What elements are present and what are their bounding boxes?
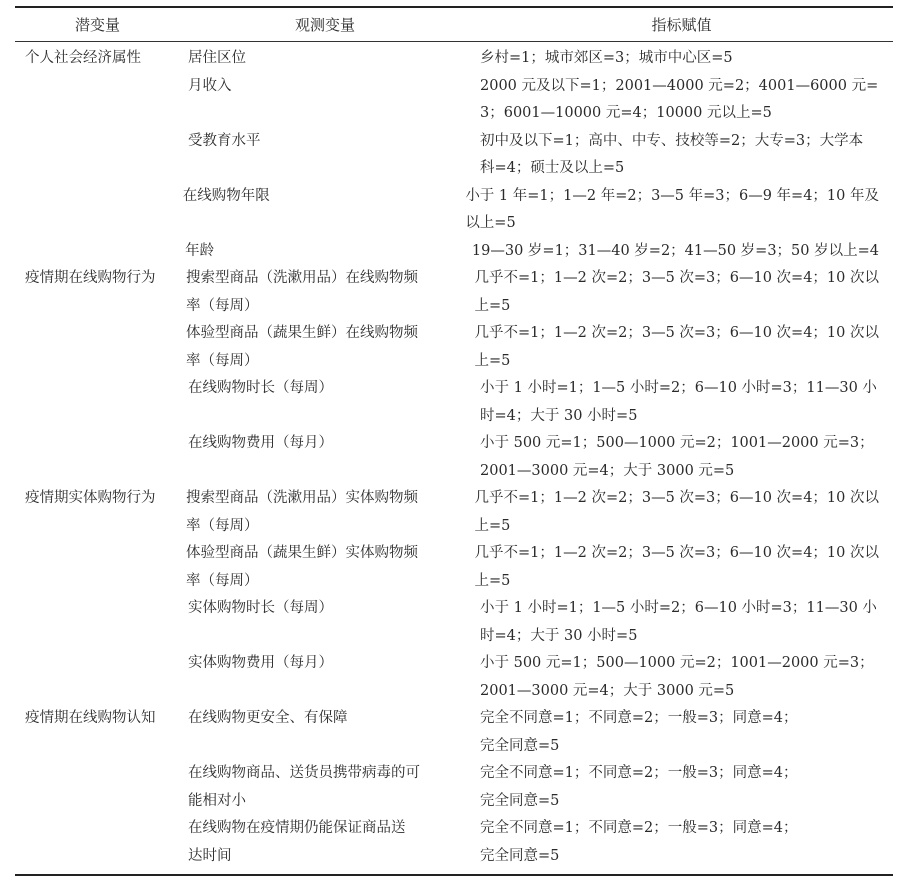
value-line: 初中及以下=1；高中、中专、技校等=2；大专=3；大学本 [480,128,879,156]
latent-variable-cell [15,320,181,375]
observed-line: 在线购物费用（每月） [188,430,473,458]
observed-line: 搜索型商品（洗漱用品）实体购物频 [186,485,467,513]
value-line: 完全同意=5 [480,788,879,816]
observed-line: 实体购物费用（每月） [188,650,473,678]
table-row: 在线购物年限小于 1 年=1；1—2 年=2；3—5 年=3；6—9 年=4；1… [15,183,893,238]
table-row: 实体购物费用（每月）小于 500 元=1；500—1000 元=2；1001—2… [15,650,893,705]
value-line: 时=4；大于 30 小时=5 [480,403,879,431]
observed-variable-cell: 在线购物在疫情期仍能保证商品送达时间 [183,815,473,870]
observed-variable-cell: 年龄 [180,238,465,266]
observed-line: 居住区位 [188,45,473,73]
latent-variable-cell: 疫情期在线购物认知 [15,705,183,760]
observed-variable-cell: 实体购物时长（每周） [183,595,473,650]
value-line: 2001—3000 元=4；大于 3000 元=5 [480,678,879,706]
observed-line: 搜索型商品（洗漱用品）在线购物频 [186,265,467,293]
value-line: 时=4；大于 30 小时=5 [480,623,879,651]
observed-line: 率（每周） [186,568,467,596]
indicator-value-cell: 几乎不=1；1—2 次=2；3—5 次=3；6—10 次=4；10 次以上=5 [468,485,893,540]
value-line: 19—30 岁=1；31—40 岁=2；41—50 岁=3；50 岁以上=4 [472,238,879,266]
value-line: 以上=5 [465,210,879,238]
value-line: 小于 500 元=1；500—1000 元=2；1001—2000 元=3； [480,650,879,678]
observed-variable-cell: 在线购物更安全、有保障 [183,705,473,760]
value-line: 乡村=1；城市郊区=3；城市中心区=5 [480,45,879,73]
latent-variable-cell [15,650,183,705]
latent-variable-cell [15,375,183,430]
latent-variable-cell: 疫情期在线购物行为 [15,265,181,320]
indicator-value-cell: 小于 1 年=1；1—2 年=2；3—5 年=3；6—9 年=4；10 年及以上… [458,183,893,238]
value-line: 上=5 [475,513,879,541]
latent-variable-cell [15,238,180,266]
header-indicator-value: 指标赋值 [470,14,893,35]
observed-line: 达时间 [188,843,473,871]
value-line: 几乎不=1；1—2 次=2；3—5 次=3；6—10 次=4；10 次以 [475,485,879,513]
latent-variable-cell [15,760,183,815]
header-latent-variable: 潜变量 [15,14,180,35]
latent-variable-cell [15,73,183,128]
value-line: 2000 元及以下=1；2001—4000 元=2；4001—6000 元= [480,73,879,101]
value-line: 3；6001—10000 元=4；10000 元以上=5 [480,100,879,128]
value-line: 上=5 [475,568,879,596]
indicator-value-cell: 小于 500 元=1；500—1000 元=2；1001—2000 元=3；20… [473,430,893,485]
indicator-value-cell: 19—30 岁=1；31—40 岁=2；41—50 岁=3；50 岁以上=4 [465,238,893,266]
indicator-value-cell: 小于 500 元=1；500—1000 元=2；1001—2000 元=3；20… [473,650,893,705]
value-line: 小于 500 元=1；500—1000 元=2；1001—2000 元=3； [480,430,879,458]
table-row: 在线购物时长（每周）小于 1 小时=1；1—5 小时=2；6—10 小时=3；1… [15,375,893,430]
latent-variable-cell [15,430,183,485]
observed-variable-cell: 月收入 [183,73,473,128]
value-line: 几乎不=1；1—2 次=2；3—5 次=3；6—10 次=4；10 次以 [475,265,879,293]
observed-variable-cell: 搜索型商品（洗漱用品）实体购物频率（每周） [181,485,467,540]
latent-variable-cell [15,815,183,870]
observed-variable-cell: 体验型商品（蔬果生鲜）实体购物频率（每周） [181,540,467,595]
observed-variable-cell: 体验型商品（蔬果生鲜）在线购物频率（每周） [181,320,467,375]
header-observed-variable: 观测变量 [180,14,470,35]
table-row: 疫情期实体购物行为搜索型商品（洗漱用品）实体购物频率（每周）几乎不=1；1—2 … [15,485,893,540]
indicator-value-cell: 完全不同意=1；不同意=2；一般=3；同意=4；完全同意=5 [473,705,893,760]
observed-line: 在线购物年限 [183,183,459,211]
indicator-value-cell: 几乎不=1；1—2 次=2；3—5 次=3；6—10 次=4；10 次以上=5 [468,265,893,320]
table-row: 疫情期在线购物行为搜索型商品（洗漱用品）在线购物频率（每周）几乎不=1；1—2 … [15,265,893,320]
observed-variable-cell: 实体购物费用（每月） [183,650,473,705]
table-row: 在线购物费用（每月）小于 500 元=1；500—1000 元=2；1001—2… [15,430,893,485]
observed-line: 实体购物时长（每周） [188,595,473,623]
table-row: 在线购物商品、送货员携带病毒的可能相对小完全不同意=1；不同意=2；一般=3；同… [15,760,893,815]
observed-variable-cell: 在线购物商品、送货员携带病毒的可能相对小 [183,760,473,815]
table-row: 实体购物时长（每周）小于 1 小时=1；1—5 小时=2；6—10 小时=3；1… [15,595,893,650]
latent-variable-cell [15,183,178,238]
latent-variable-cell: 个人社会经济属性 [15,45,183,73]
table-row: 年龄19—30 岁=1；31—40 岁=2；41—50 岁=3；50 岁以上=4 [15,238,893,266]
table-body: 个人社会经济属性居住区位乡村=1；城市郊区=3；城市中心区=5月收入2000 元… [15,42,893,874]
table-row: 个人社会经济属性居住区位乡村=1；城市郊区=3；城市中心区=5 [15,45,893,73]
table-row: 在线购物在疫情期仍能保证商品送达时间完全不同意=1；不同意=2；一般=3；同意=… [15,815,893,870]
observed-line: 率（每周） [186,293,467,321]
value-line: 小于 1 年=1；1—2 年=2；3—5 年=3；6—9 年=4；10 年及 [465,183,879,211]
observed-variable-cell: 受教育水平 [183,128,473,183]
observed-variable-cell: 搜索型商品（洗漱用品）在线购物频率（每周） [181,265,467,320]
indicator-value-cell: 小于 1 小时=1；1—5 小时=2；6—10 小时=3；11—30 小时=4；… [473,375,893,430]
latent-variable-cell [15,540,181,595]
indicator-value-cell: 几乎不=1；1—2 次=2；3—5 次=3；6—10 次=4；10 次以上=5 [468,540,893,595]
value-line: 完全不同意=1；不同意=2；一般=3；同意=4； [480,760,879,788]
value-line: 上=5 [475,348,879,376]
observed-line: 月收入 [188,73,473,101]
table-header: 潜变量 观测变量 指标赋值 [15,8,893,41]
value-line: 完全同意=5 [480,733,879,761]
indicator-value-cell: 2000 元及以下=1；2001—4000 元=2；4001—6000 元=3；… [473,73,893,128]
observed-line: 在线购物在疫情期仍能保证商品送 [188,815,473,843]
observed-line: 率（每周） [186,513,467,541]
bottom-rule [15,874,893,876]
observed-line: 年龄 [185,238,465,266]
value-line: 完全不同意=1；不同意=2；一般=3；同意=4； [480,705,879,733]
indicator-value-cell: 完全不同意=1；不同意=2；一般=3；同意=4；完全同意=5 [473,760,893,815]
indicator-value-cell: 乡村=1；城市郊区=3；城市中心区=5 [473,45,893,73]
observed-variable-cell: 居住区位 [183,45,473,73]
value-line: 完全同意=5 [480,843,879,871]
latent-variable-cell: 疫情期实体购物行为 [15,485,181,540]
table-row: 月收入2000 元及以下=1；2001—4000 元=2；4001—6000 元… [15,73,893,128]
table-row: 受教育水平初中及以下=1；高中、中专、技校等=2；大专=3；大学本科=4；硕士及… [15,128,893,183]
value-line: 上=5 [475,293,879,321]
observed-variable-cell: 在线购物年限 [178,183,459,238]
observed-line: 能相对小 [188,788,473,816]
table-row: 体验型商品（蔬果生鲜）实体购物频率（每周）几乎不=1；1—2 次=2；3—5 次… [15,540,893,595]
observed-variable-cell: 在线购物时长（每周） [183,375,473,430]
observed-line: 在线购物商品、送货员携带病毒的可 [188,760,473,788]
variable-table: 潜变量 观测变量 指标赋值 个人社会经济属性居住区位乡村=1；城市郊区=3；城市… [15,6,893,876]
table-row: 体验型商品（蔬果生鲜）在线购物频率（每周）几乎不=1；1—2 次=2；3—5 次… [15,320,893,375]
indicator-value-cell: 初中及以下=1；高中、中专、技校等=2；大专=3；大学本科=4；硕士及以上=5 [473,128,893,183]
observed-line: 率（每周） [186,348,467,376]
table-row: 疫情期在线购物认知在线购物更安全、有保障完全不同意=1；不同意=2；一般=3；同… [15,705,893,760]
observed-line: 在线购物更安全、有保障 [188,705,473,733]
indicator-value-cell: 完全不同意=1；不同意=2；一般=3；同意=4；完全同意=5 [473,815,893,870]
value-line: 科=4；硕士及以上=5 [480,155,879,183]
observed-line: 体验型商品（蔬果生鲜）在线购物频 [186,320,467,348]
latent-variable-cell [15,128,183,183]
indicator-value-cell: 小于 1 小时=1；1—5 小时=2；6—10 小时=3；11—30 小时=4；… [473,595,893,650]
value-line: 完全不同意=1；不同意=2；一般=3；同意=4； [480,815,879,843]
value-line: 小于 1 小时=1；1—5 小时=2；6—10 小时=3；11—30 小 [480,595,879,623]
observed-line: 体验型商品（蔬果生鲜）实体购物频 [186,540,467,568]
observed-line: 在线购物时长（每周） [188,375,473,403]
observed-line: 受教育水平 [188,128,473,156]
observed-variable-cell: 在线购物费用（每月） [183,430,473,485]
value-line: 小于 1 小时=1；1—5 小时=2；6—10 小时=3；11—30 小 [480,375,879,403]
value-line: 几乎不=1；1—2 次=2；3—5 次=3；6—10 次=4；10 次以 [475,540,879,568]
value-line: 几乎不=1；1—2 次=2；3—5 次=3；6—10 次=4；10 次以 [475,320,879,348]
latent-variable-cell [15,595,183,650]
indicator-value-cell: 几乎不=1；1—2 次=2；3—5 次=3；6—10 次=4；10 次以上=5 [468,320,893,375]
value-line: 2001—3000 元=4；大于 3000 元=5 [480,458,879,486]
